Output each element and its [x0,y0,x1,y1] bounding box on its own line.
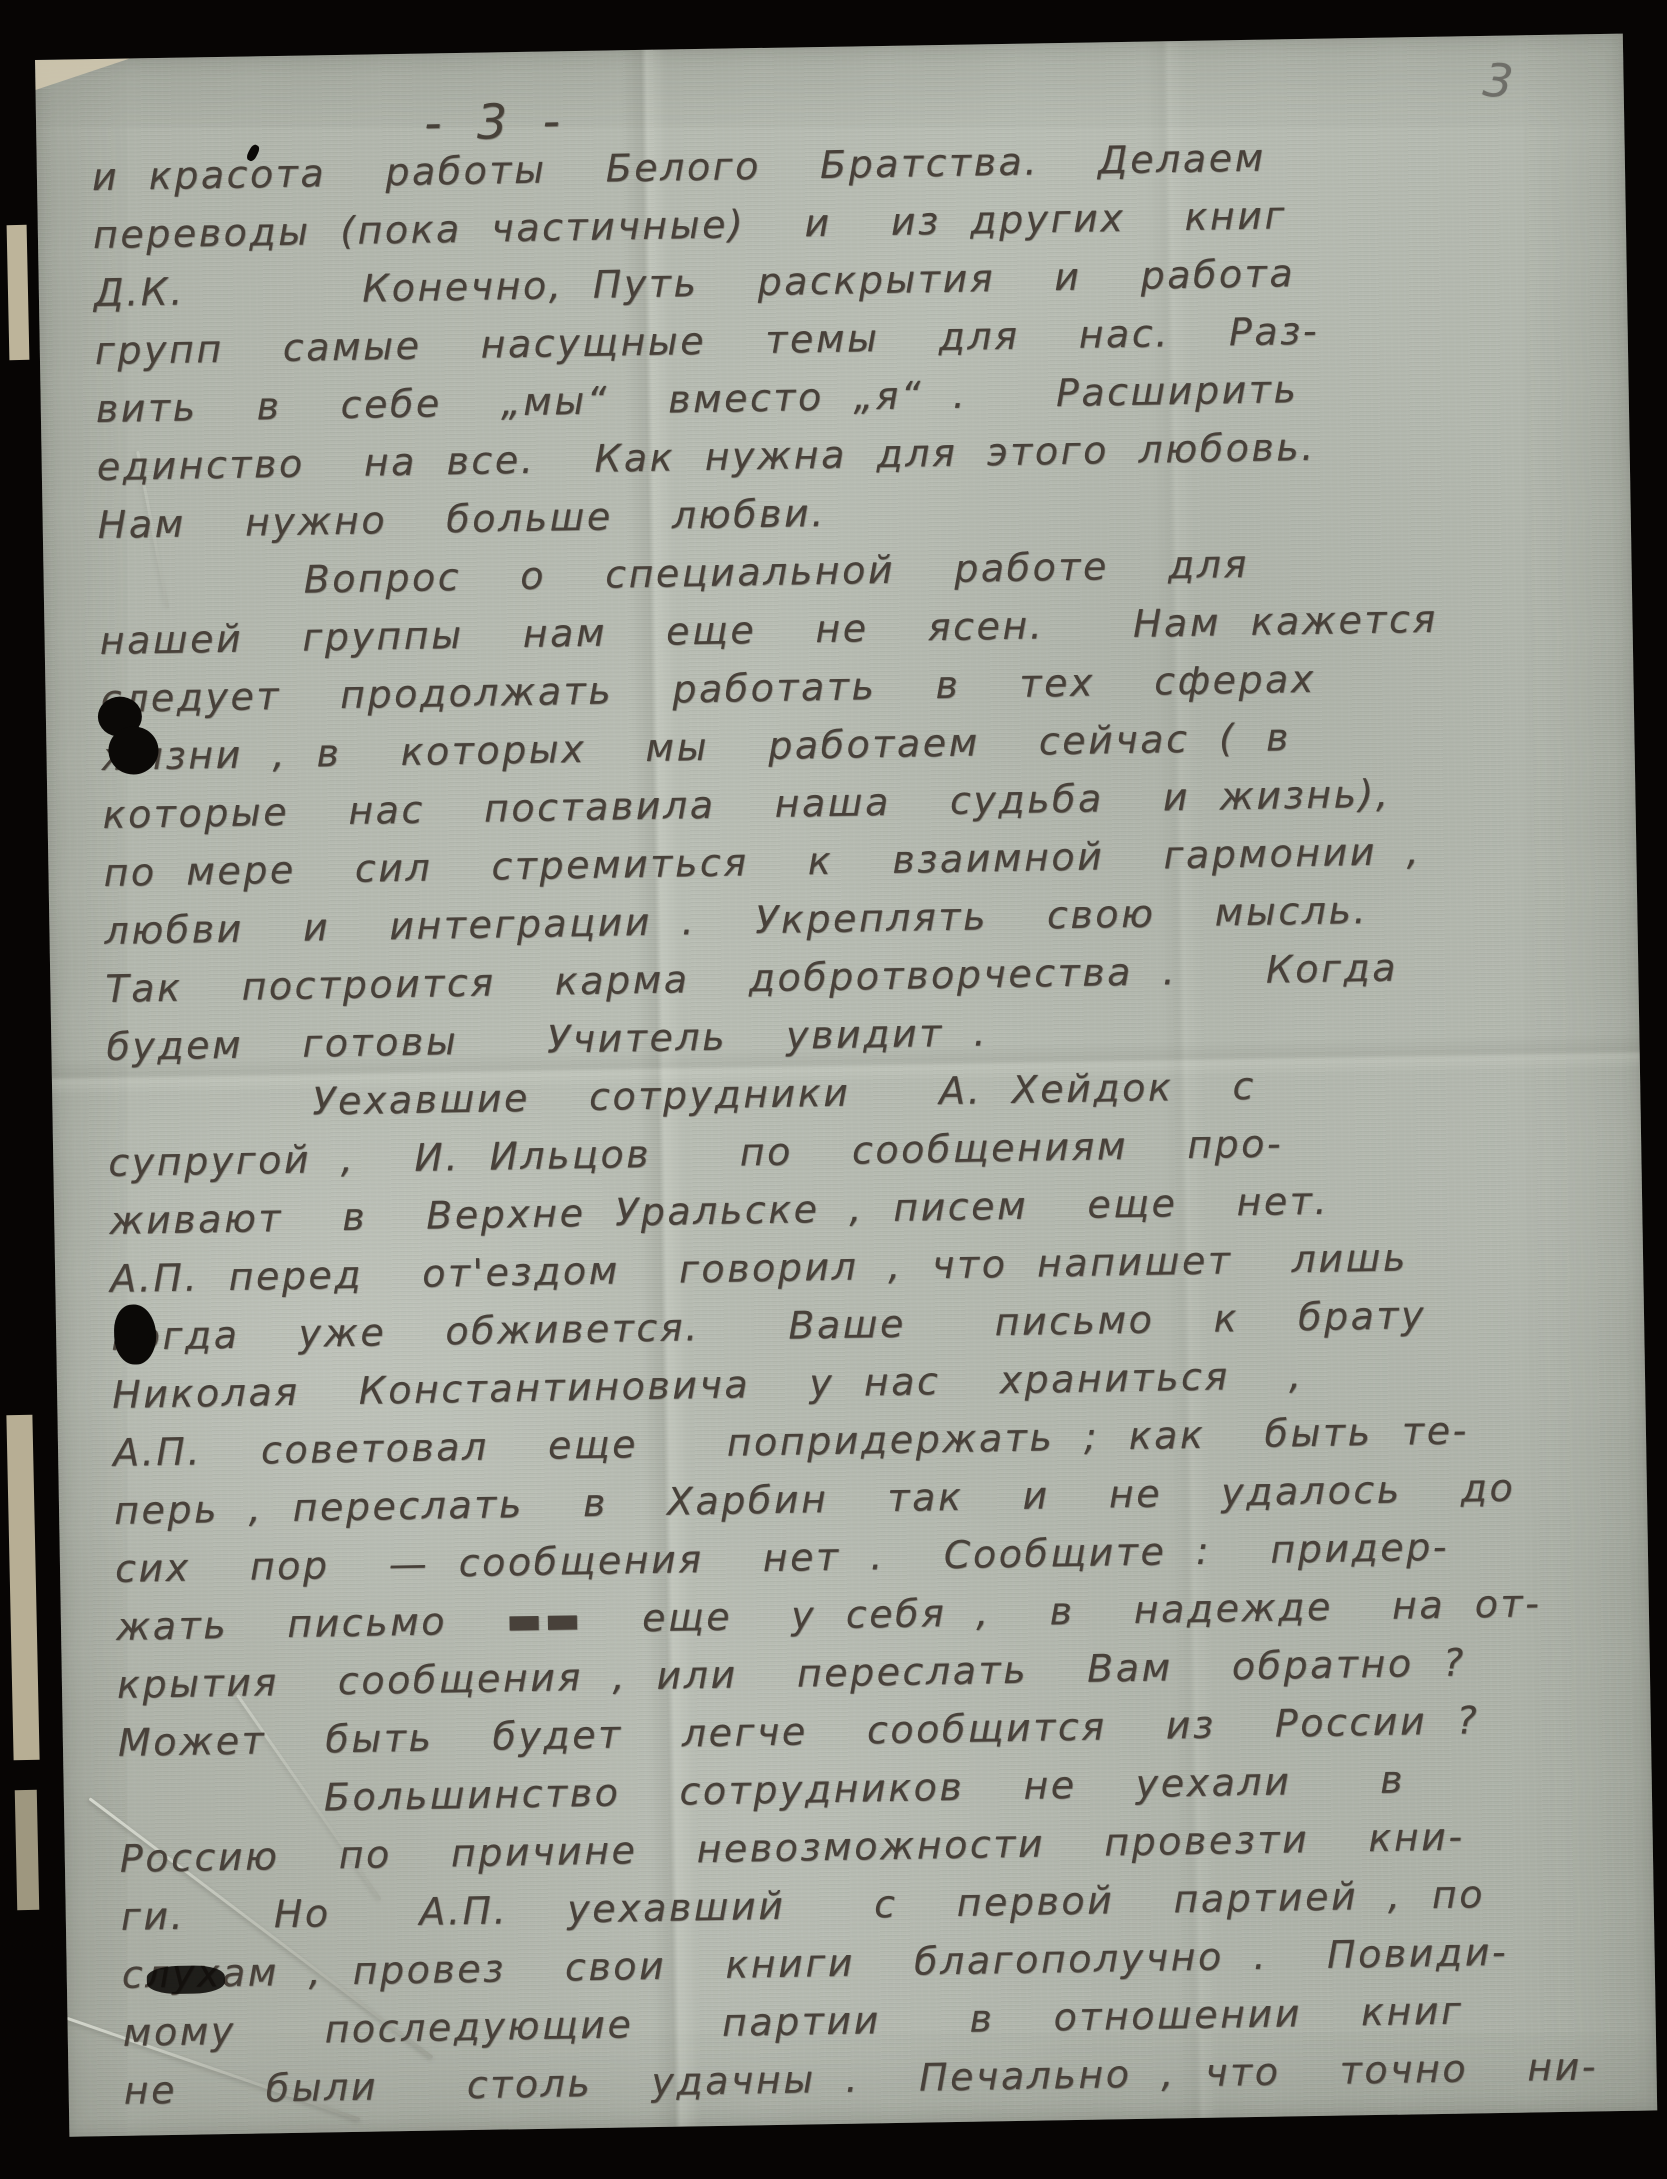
tape-remnant [15,1790,40,1910]
pencil-page-number: 3 [1481,52,1516,109]
tape-remnant [7,225,30,360]
torn-corner [35,58,130,90]
letter-paper: - 3 - 3 и красота работы Белого Братства… [35,34,1657,2137]
scanned-letter-page: - 3 - 3 и красота работы Белого Братства… [0,0,1667,2179]
letter-body: и красота работы Белого Братства. Делаем… [92,126,1624,2123]
tape-remnant [6,1415,39,1760]
ink-smudge [147,1965,225,1994]
